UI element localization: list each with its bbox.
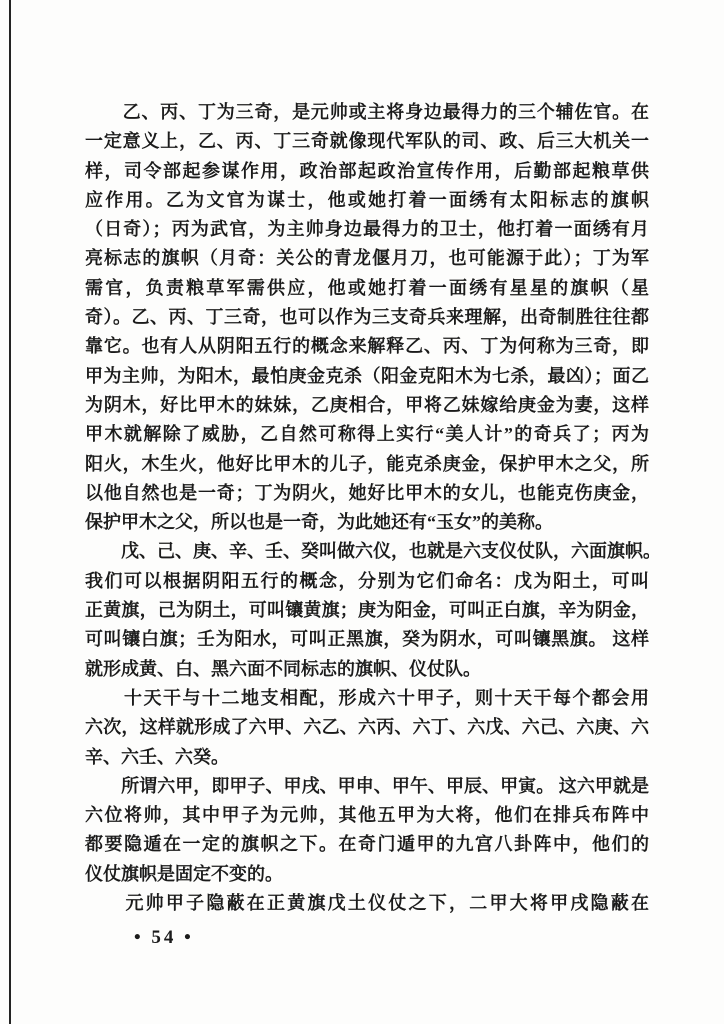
- text-line: 我们可以根据阴阳五行的概念，分别为它们命名：戊为阳土，可叫: [85, 567, 649, 596]
- text-line: 元帅甲子隐蔽在正黄旗戊土仪仗之下，二甲大将甲戌隐蔽在: [85, 889, 649, 918]
- text-line: 正黄旗，己为阴土，可叫镶黄旗；庚为阳金，可叫正白旗，辛为阴金，: [85, 596, 649, 625]
- text-line: 甲木就解除了威胁，乙自然可称得上实行“美人计”的奇兵了；丙为: [85, 420, 649, 449]
- text-line: 就形成黄、白、黑六面不同标志的旗帜、仪仗队。: [85, 655, 649, 684]
- text-line: 保护甲木之父，所以也是一奇，为此她还有“玉女”的美称。: [85, 508, 649, 537]
- text-line: 阳火，木生火，他好比甲木的儿子，能克杀庚金，保护甲木之父，所: [85, 450, 649, 479]
- text-line: 六位将帅，其中甲子为元帅，其他五甲为大将，他们在排兵布阵中: [85, 801, 649, 830]
- text-line: 辛、六壬、六癸。: [85, 743, 649, 772]
- text-line: 甲为主帅，为阳木，最怕庚金克杀（阳金克阳木为七杀，最凶）；面乙: [85, 362, 649, 391]
- text-line: 靠它。也有人从阴阳五行的概念来解释乙、丙、丁为何称为三奇，即: [85, 332, 649, 361]
- text-line: （日奇）；丙为武官，为主帅身边最得力的卫士，他打着一面绣有月: [85, 215, 649, 244]
- page-number: • 54 •: [134, 927, 194, 949]
- text-line: 样，司令部起参谋作用，政治部起政治宣传作用，后勤部起粮草供: [85, 157, 649, 186]
- text-line: 一定意义上，乙、丙、丁三奇就像现代军队的司、政、后三大机关一: [85, 127, 649, 156]
- text-line: 十天干与十二地支相配，形成六十甲子，则十天干每个都会用: [85, 684, 649, 713]
- text-line: 所谓六甲，即甲子、甲戌、甲申、甲午、甲辰、甲寅。 这六甲就是: [85, 772, 649, 801]
- scanned-book-page: 乙、丙、丁为三奇，是元帅或主将身边最得力的三个辅佐官。在一定意义上，乙、丙、丁三…: [0, 0, 724, 1024]
- scan-edge-line: [9, 0, 11, 1024]
- text-line: 仪仗旗帜是固定不变的。: [85, 860, 649, 889]
- text-line: 为阴木，好比甲木的妹妹，乙庚相合，甲将乙妹嫁给庚金为妻，这样: [85, 391, 649, 420]
- text-line: 六次，这样就形成了六甲、六乙、六丙、六丁、六戊、六己、六庚、六: [85, 713, 649, 742]
- text-line: 戊、己、庚、辛、壬、癸叫做六仪，也就是六支仪仗队，六面旗帜。: [85, 537, 649, 566]
- text-line: 需官，负责粮草军需供应，他或她打着一面绣有星星的旗帜（星: [85, 274, 649, 303]
- text-line: 亮标志的旗帜（月奇：关公的青龙偃月刀，也可能源于此）；丁为军: [85, 244, 649, 273]
- body-text: 乙、丙、丁为三奇，是元帅或主将身边最得力的三个辅佐官。在一定意义上，乙、丙、丁三…: [85, 98, 649, 918]
- text-line: 奇）。乙、丙、丁三奇，也可以作为三支奇兵来理解，出奇制胜往往都: [85, 303, 649, 332]
- text-line: 可叫镶白旗；壬为阳水，可叫正黑旗，癸为阴水，可叫镶黑旗。 这样: [85, 625, 649, 654]
- text-line: 应作用。乙为文官为谋士，他或她打着一面绣有太阳标志的旗帜: [85, 186, 649, 215]
- text-line: 都要隐遁在一定的旗帜之下。在奇门遁甲的九宫八卦阵中，他们的: [85, 830, 649, 859]
- text-line: 乙、丙、丁为三奇，是元帅或主将身边最得力的三个辅佐官。在: [85, 98, 649, 127]
- text-line: 以他自然也是一奇；丁为阴火，她好比甲木的女儿，也能克伤庚金，: [85, 479, 649, 508]
